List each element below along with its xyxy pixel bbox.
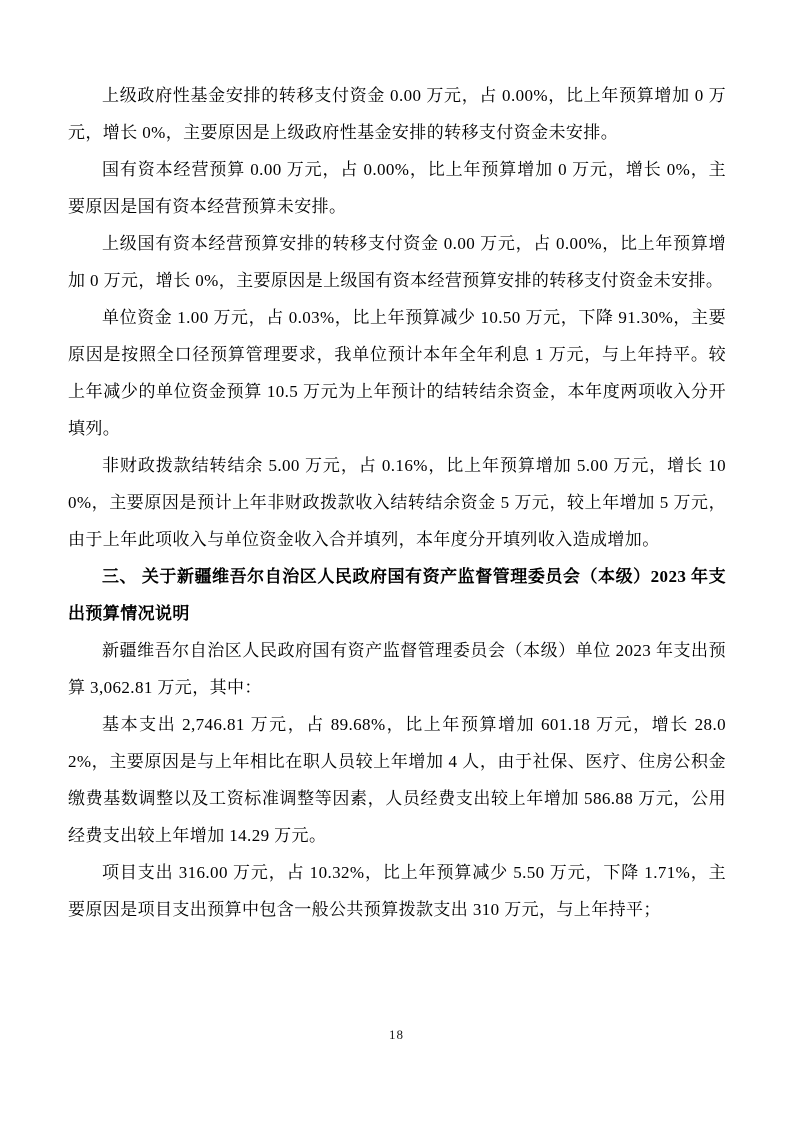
page-footer: 18 — [0, 1026, 793, 1044]
section-heading: 三、 关于新疆维吾尔自治区人民政府国有资产监督管理委员会（本级）2023 年支出… — [68, 558, 726, 632]
paragraph: 国有资本经营预算 0.00 万元，占 0.00%，比上年预算增加 0 万元，增长… — [68, 151, 726, 225]
paragraph: 新疆维吾尔自治区人民政府国有资产监督管理委员会（本级）单位 2023 年支出预算… — [68, 632, 726, 706]
page-number: 18 — [389, 1027, 404, 1042]
paragraph: 基本支出 2,746.81 万元，占 89.68%，比上年预算增加 601.18… — [68, 706, 726, 854]
paragraph: 上级政府性基金安排的转移支付资金 0.00 万元，占 0.00%，比上年预算增加… — [68, 77, 726, 151]
paragraph: 上级国有资本经营预算安排的转移支付资金 0.00 万元，占 0.00%，比上年预… — [68, 225, 726, 299]
document-page: 上级政府性基金安排的转移支付资金 0.00 万元，占 0.00%，比上年预算增加… — [0, 0, 793, 1122]
paragraph: 项目支出 316.00 万元，占 10.32%，比上年预算减少 5.50 万元，… — [68, 854, 726, 928]
document-body: 上级政府性基金安排的转移支付资金 0.00 万元，占 0.00%，比上年预算增加… — [68, 77, 726, 928]
paragraph: 单位资金 1.00 万元，占 0.03%，比上年预算减少 10.50 万元，下降… — [68, 299, 726, 447]
paragraph: 非财政拨款结转结余 5.00 万元，占 0.16%，比上年预算增加 5.00 万… — [68, 447, 726, 558]
